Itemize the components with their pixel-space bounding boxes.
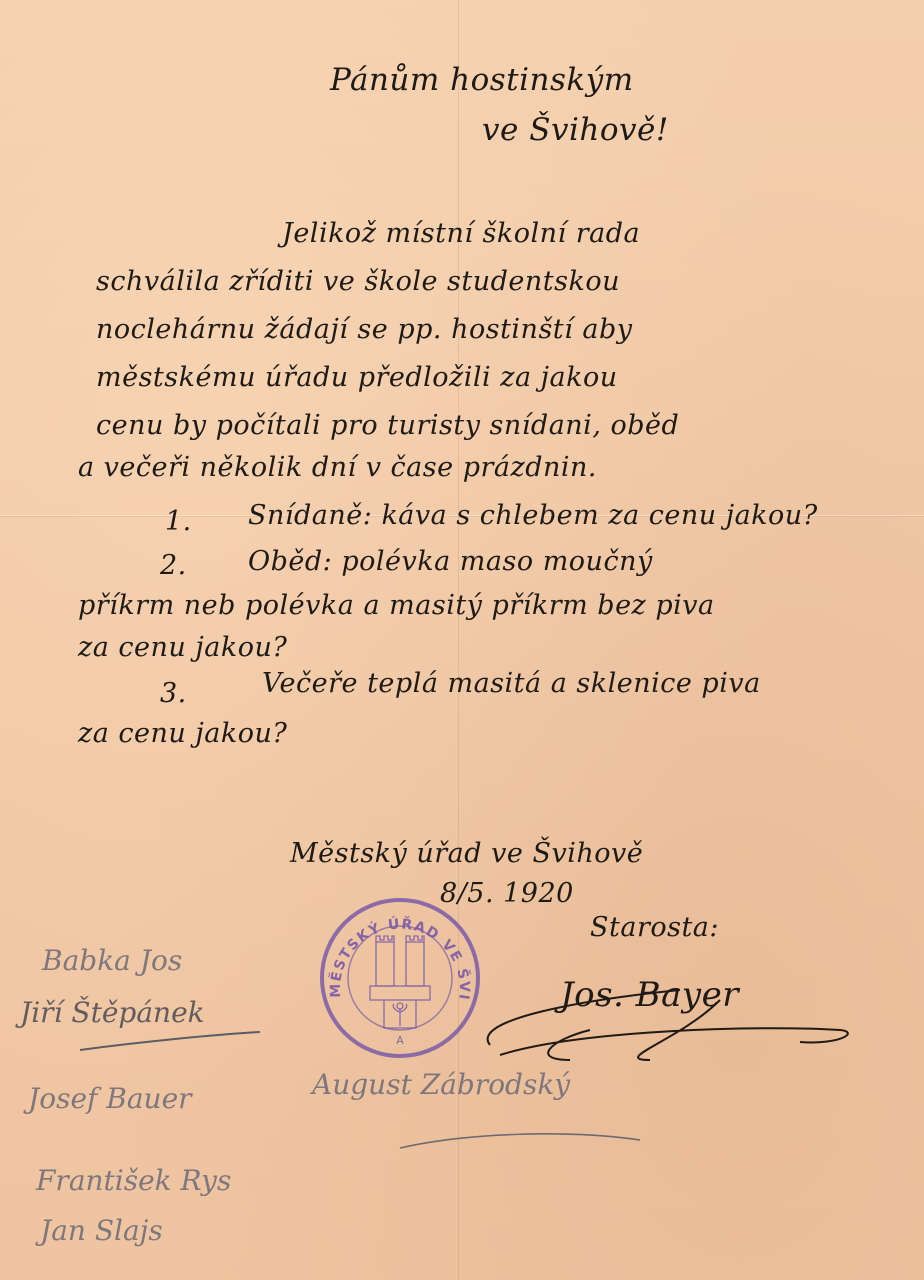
item-2-line-1: Oběd: polévka maso moučný <box>248 546 653 577</box>
pencil-signature-1: Babka Jos <box>42 944 182 977</box>
signature-flourish <box>460 960 860 1070</box>
letter-page: Pánům hostinským ve Švihově! Jelikož mís… <box>0 0 924 1280</box>
pencil-underline <box>60 1020 280 1070</box>
body-line-3: noclehárnu žádají se pp. hostinští aby <box>96 314 633 345</box>
body-line-2: schválila zříditi ve škole studentskou <box>96 266 620 297</box>
closing-title: Starosta: <box>590 912 719 943</box>
pencil-signature-6: Jan Slajs <box>40 1214 163 1247</box>
item-3-number: 3. <box>160 678 187 709</box>
body-line-6: a večeři několik dní v čase prázdnin. <box>78 452 597 483</box>
salutation-line-2: ve Švihově! <box>482 112 669 148</box>
official-stamp: MĚSTSKÝ ÚŘAD VE ŠVIHOVĚ A <box>316 894 484 1062</box>
castle-emblem-icon <box>370 936 430 1028</box>
pencil-flourish <box>390 1110 650 1160</box>
pencil-signature-4: August Zábrodský <box>312 1068 570 1101</box>
item-1-text: Snídaně: káva s chlebem za cenu jakou? <box>248 500 818 531</box>
item-3-line-1: Večeře teplá masitá a sklenice piva <box>262 668 761 699</box>
closing-office: Městský úřad ve Švihově <box>290 838 643 869</box>
stamp-letter: A <box>396 1034 404 1047</box>
salutation-line-1: Pánům hostinským <box>330 62 634 98</box>
body-line-5: cenu by počítali pro turisty snídani, ob… <box>96 410 679 441</box>
item-2-number: 2. <box>160 550 187 581</box>
item-1-number: 1. <box>165 506 192 537</box>
body-line-4: městskému úřadu předložili za jakou <box>96 362 618 393</box>
item-2-line-2: příkrm neb polévka a masitý příkrm bez p… <box>78 590 715 621</box>
pencil-signature-3: Josef Bauer <box>28 1082 192 1115</box>
item-2-line-3: za cenu jakou? <box>78 632 287 663</box>
body-line-1: Jelikož místní školní rada <box>282 218 640 249</box>
item-3-line-2: za cenu jakou? <box>78 718 287 749</box>
pencil-signature-5: František Rys <box>36 1164 231 1197</box>
